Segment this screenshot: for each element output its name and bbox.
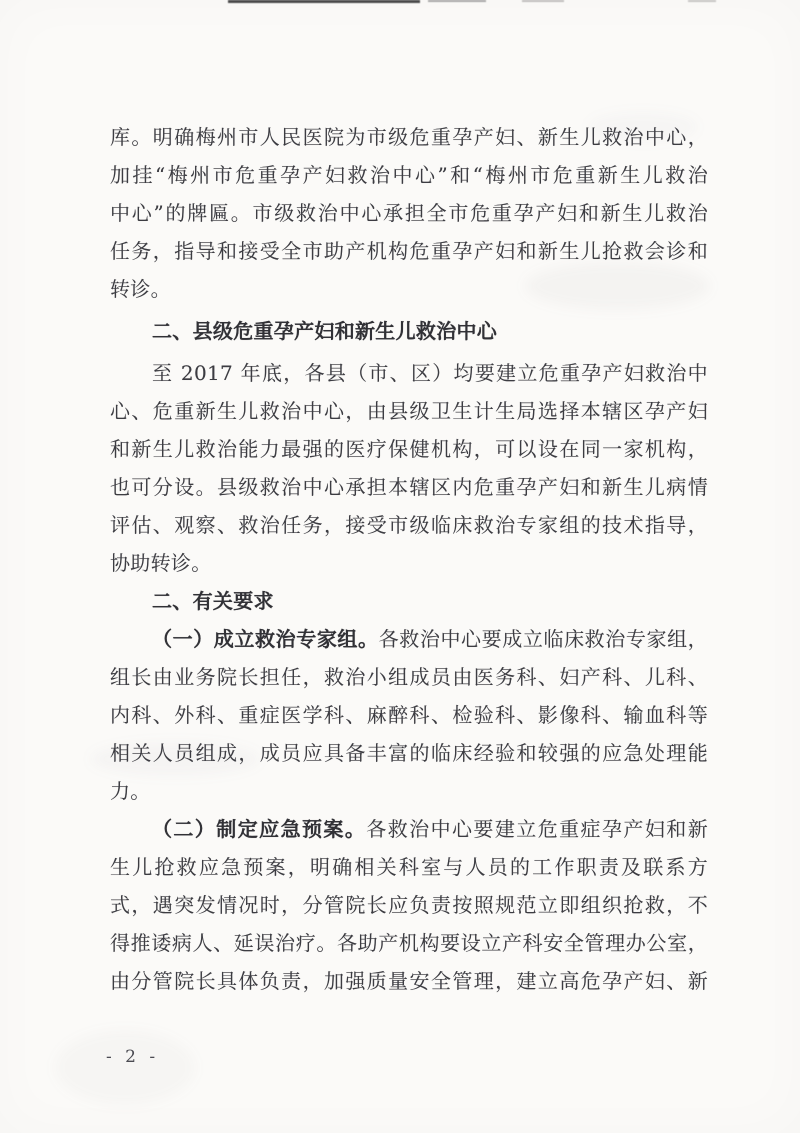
document-page: 库。明确梅州市人民医院为市级危重孕产妇、新生儿救治中心， 加挂“梅州市危重孕产妇… [0,0,800,1133]
section-heading-requirements: 二、有关要求 [110,582,708,620]
paragraph-lead-rest: 各救治中心要建立危重症孕产妇和新 [366,817,708,841]
text-line: 转诊。 [110,270,708,308]
text-line: 由分管院长具体负责，加强质量安全管理，建立高危孕产妇、新 [110,962,708,1000]
document-body: 库。明确梅州市人民医院为市级危重孕产妇、新生儿救治中心， 加挂“梅州市危重孕产妇… [110,118,708,1000]
text-line: 评估、观察、救治任务，接受市级临床救治专家组的技术指导， [110,506,708,544]
text-line: 得推诿病人、延误治疗。各助产机构要设立产科安全管理办公室， [110,924,708,962]
section-heading: 二、有关要求 [110,582,708,620]
paragraph-emergency-plan: （二）制定应急预案。各救治中心要建立危重症孕产妇和新 生儿抢救应急预案，明确相关… [110,810,708,1000]
paragraph-lead: （二）制定应急预案。 [152,817,366,841]
scan-artifact-top-edge [228,0,420,3]
paragraph-expert-team: （一）成立救治专家组。各救治中心要成立临床救治专家组， 组长由业务院长担任，救治… [110,620,708,810]
text-line: （一）成立救治专家组。各救治中心要成立临床救治专家组， [110,620,708,658]
paragraph-city-center: 库。明确梅州市人民医院为市级危重孕产妇、新生儿救治中心， 加挂“梅州市危重孕产妇… [110,118,708,308]
text-line: 任务，指导和接受全市助产机构危重孕产妇和新生儿抢救会诊和 [110,232,708,270]
text-line: 也可分设。县级救治中心承担本辖区内危重孕产妇和新生儿病情 [110,468,708,506]
paragraph-lead: （一）成立救治专家组。 [152,627,379,651]
text-line: 和新生儿救治能力最强的医疗保健机构，可以设在同一家机构， [110,430,708,468]
text-line: 生儿抢救应急预案，明确相关科室与人员的工作职责及联系方 [110,848,708,886]
section-heading-county-centers: 二、县级危重孕产妇和新生儿救治中心 [110,312,708,350]
page-number: - 2 - [106,1044,159,1070]
text-line: 协助转诊。 [110,544,708,582]
text-line: 内科、外科、重症医学科、麻醉科、检验科、影像科、输血科等 [110,696,708,734]
text-line: 组长由业务院长担任，救治小组成员由医务科、妇产科、儿科、 [110,658,708,696]
paragraph-county-center: 至 2017 年底，各县（市、区）均要建立危重孕产妇救治中 心、危重新生儿救治中… [110,354,708,582]
paragraph-lead-rest: 各救治中心要成立临床救治专家组， [379,627,708,651]
text-line: 加挂“梅州市危重孕产妇救治中心”和“梅州市危重新生儿救治 [110,156,708,194]
text-line: 心、危重新生儿救治中心，由县级卫生计生局选择本辖区孕产妇 [110,392,708,430]
text-line: 相关人员组成，成员应具备丰富的临床经验和较强的应急处理能 [110,734,708,772]
text-line: 中心”的牌匾。市级救治中心承担全市危重孕产妇和新生儿救治 [110,194,708,232]
text-line: （二）制定应急预案。各救治中心要建立危重症孕产妇和新 [110,810,708,848]
text-line: 库。明确梅州市人民医院为市级危重孕产妇、新生儿救治中心， [110,118,708,156]
section-heading: 二、县级危重孕产妇和新生儿救治中心 [110,312,708,350]
scan-artifact-top-edge [522,0,564,2]
scan-artifact-top-edge [688,0,716,2]
text-line: 式，遇突发情况时，分管院长应负责按照规范立即组织抢救，不 [110,886,708,924]
scan-artifact-top-edge [428,0,486,2]
text-line: 至 2017 年底，各县（市、区）均要建立危重孕产妇救治中 [110,354,708,392]
text-line: 力。 [110,772,708,810]
